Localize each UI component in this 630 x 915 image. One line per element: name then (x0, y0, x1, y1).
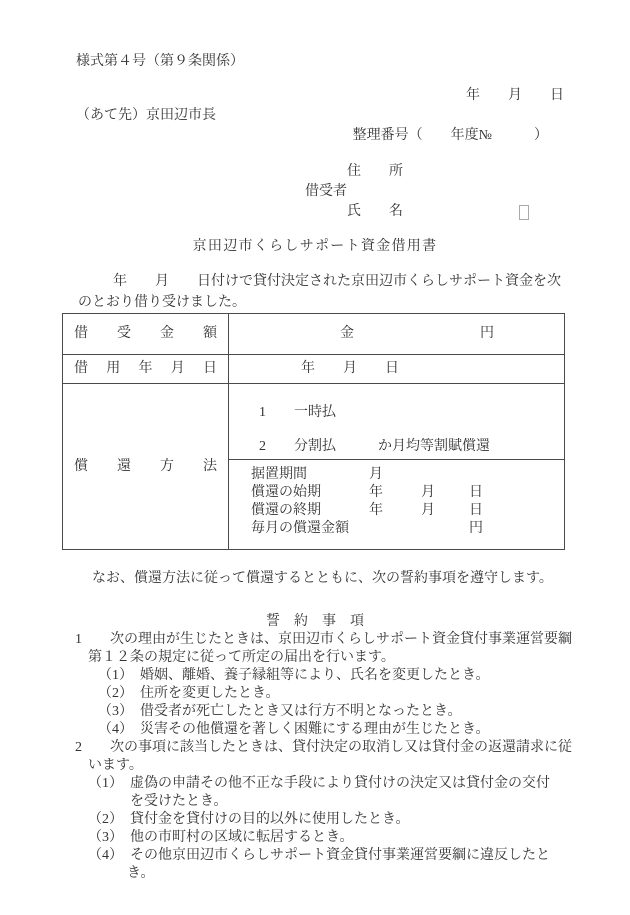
loan-date-value-blanks: 年 月 日 (229, 360, 399, 378)
pledge-list: 1 次の理由が生じたときは、京田辺市くらしサポート資金貸付事業運営要綱 第１２条… (62, 631, 582, 883)
pledge-item-line: （2） 住所を変更したとき。 (62, 685, 582, 703)
schedule-unit (421, 520, 469, 538)
pledge-item-line: 第１２条の規定に従って所定の届出を行います。 (62, 649, 582, 667)
schedule-unit (369, 520, 421, 538)
schedule-row-end: 償還の終期 年 月 日 (251, 502, 564, 520)
addressee-line: （あて先）京田辺市長 (76, 107, 216, 125)
intro-paragraph-line: のとおり借り受けました。 (62, 294, 246, 312)
repayment-schedule-cell: 据置期間 月 償還の始期 年 月 日 償還の終期 年 月 日 毎月の償還金額 (229, 459, 564, 549)
amount-value-blanks: 金 円 (229, 325, 494, 343)
schedule-unit: 月 (421, 484, 469, 502)
seal-placeholder-box (519, 205, 529, 220)
pledge-item-line: 1 次の理由が生じたときは、京田辺市くらしサポート資金貸付事業運営要綱 (62, 631, 582, 649)
schedule-row-deferment: 据置期間 月 (251, 466, 564, 484)
note-line: なお、償還方法に従って償還するとともに、次の誓約事項を遵守します。 (62, 570, 553, 588)
repayment-method-label-cell: 償還方法 (63, 383, 229, 549)
pledge-item-line: （1） 虚偽の申請その他不正な手段により貸付けの決定又は貸付金の交付 (62, 775, 582, 793)
schedule-unit: 日 (469, 484, 483, 502)
loan-terms-table: 借受金額 金 円 借用年月日 年 月 日 償還方法 1 一時払 2 分割払 か月… (62, 313, 565, 550)
schedule-unit: 年 (369, 502, 421, 520)
loan-form-document: 様式第４号（第９条関係） 年 月 日 （あて先）京田辺市長 整理番号（ 年度№ … (0, 0, 630, 915)
schedule-label: 毎月の償還金額 (251, 520, 369, 538)
reference-number-line: 整理番号（ 年度№ ） (353, 127, 548, 145)
intro-paragraph-line: 年 月 日付けで貸付決定された京田辺市くらしサポート資金を次 (62, 273, 561, 291)
amount-label: 借受金額 (63, 314, 228, 354)
borrower-role-label: 借受者 (305, 183, 347, 201)
pledge-heading: 誓 約 事 項 (0, 613, 630, 631)
schedule-label: 償還の始期 (251, 484, 369, 502)
schedule-label: 据置期間 (251, 466, 369, 484)
loan-date-label: 借用年月日 (63, 355, 228, 383)
pledge-item-line: います。 (62, 757, 582, 775)
repayment-option-lump-sum: 1 一時払 (259, 396, 564, 430)
pledge-item-line: を受けたとき。 (62, 793, 582, 811)
loan-date-value-cell: 年 月 日 (229, 354, 564, 383)
pledge-item-line: （3） 借受者が死亡したとき又は行方不明となったとき。 (62, 703, 582, 721)
schedule-row-monthly-amount: 毎月の償還金額 円 (251, 520, 564, 538)
pledge-item-line: （4） その他京田辺市くらしサポート資金貸付事業運営要綱に違反したと (62, 847, 582, 865)
pledge-item-line: （1） 婚姻、離婚、養子縁組等により、氏名を変更したとき。 (62, 667, 582, 685)
repayment-method-label: 償還方法 (63, 384, 228, 549)
pledge-item-line: 2 次の事項に該当したときは、貸付決定の取消し又は貸付金の返還請求に従 (62, 739, 582, 757)
schedule-unit: 月 (369, 466, 421, 484)
schedule-row-start: 償還の始期 年 月 日 (251, 484, 564, 502)
schedule-unit (421, 466, 469, 484)
borrower-address-label: 住 所 (347, 163, 403, 181)
amount-value-cell: 金 円 (229, 314, 564, 354)
pledge-item-line: き。 (62, 865, 582, 883)
borrower-block: 住 所 借受者 氏 名 (0, 163, 630, 223)
borrower-name-label: 氏 名 (347, 203, 403, 221)
schedule-unit: 月 (421, 502, 469, 520)
form-number: 様式第４号（第９条関係） (76, 53, 244, 71)
schedule-label: 償還の終期 (251, 502, 369, 520)
schedule-unit: 円 (469, 520, 483, 538)
loan-date-label-cell: 借用年月日 (63, 354, 229, 383)
repayment-options-cell: 1 一時払 2 分割払 か月均等割賦償還 (229, 383, 564, 459)
document-title: 京田辺市くらしサポート資金借用書 (0, 238, 630, 256)
amount-label-cell: 借受金額 (63, 314, 229, 354)
pledge-item-line: （2） 貸付金を貸付けの目的以外に使用したとき。 (62, 811, 582, 829)
schedule-unit: 年 (369, 484, 421, 502)
pledge-item-line: （3） 他の市町村の区域に転居するとき。 (62, 829, 582, 847)
schedule-unit: 日 (469, 502, 483, 520)
pledge-item-line: （4） 災害その他償還を著しく困難にする理由が生じたとき。 (62, 721, 582, 739)
header-date-blanks: 年 月 日 (466, 87, 564, 105)
